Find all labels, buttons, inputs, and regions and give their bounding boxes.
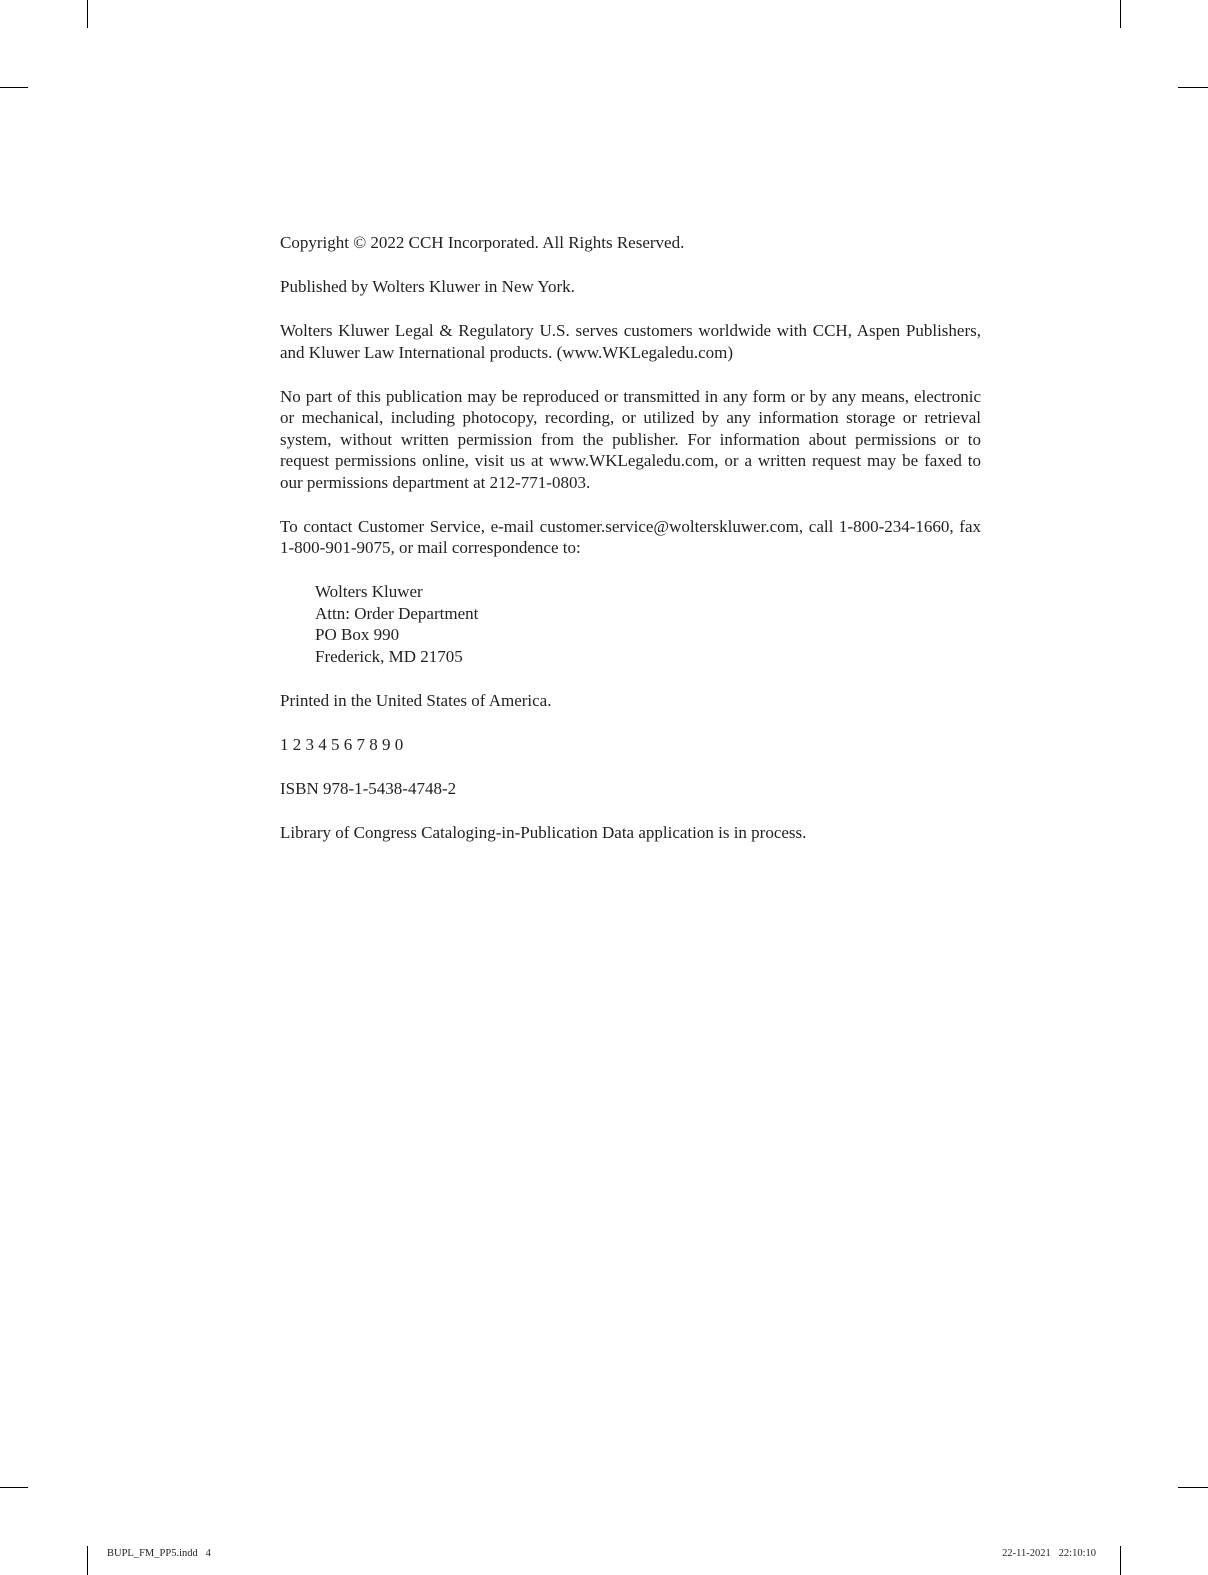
crop-mark-bottom-left-horizontal — [0, 1487, 28, 1488]
crop-mark-top-right-horizontal — [1178, 87, 1208, 88]
rights-statement: No part of this publication may be repro… — [280, 386, 981, 494]
crop-mark-bottom-right-horizontal — [1178, 1487, 1208, 1488]
slug-timestamp: 22-11-2021 22:10:10 — [1002, 1547, 1096, 1561]
copyright-notice: Copyright © 2022 CCH Incorporated. All R… — [280, 232, 981, 254]
address-line-4: Frederick, MD 21705 — [315, 646, 981, 668]
slug-file-name: BUPL_FM_PP5.indd 4 — [107, 1547, 211, 1561]
address-line-1: Wolters Kluwer — [315, 581, 981, 603]
address-line-3: PO Box 990 — [315, 624, 981, 646]
crop-mark-top-left-vertical — [87, 0, 88, 28]
crop-mark-top-right-vertical — [1120, 0, 1121, 28]
publisher-description: Wolters Kluwer Legal & Regulatory U.S. s… — [280, 320, 981, 363]
crop-mark-bottom-left-vertical — [87, 1546, 88, 1575]
crop-mark-top-left-horizontal — [0, 87, 28, 88]
copyright-page-content: Copyright © 2022 CCH Incorporated. All R… — [280, 232, 981, 866]
address-line-2: Attn: Order Department — [315, 603, 981, 625]
customer-service-contact: To contact Customer Service, e-mail cust… — [280, 516, 981, 559]
crop-mark-bottom-right-vertical — [1120, 1546, 1121, 1575]
mailing-address: Wolters Kluwer Attn: Order Department PO… — [315, 581, 981, 667]
printing-line: 1 2 3 4 5 6 7 8 9 0 — [280, 734, 981, 756]
cip-data-notice: Library of Congress Cataloging-in-Public… — [280, 822, 981, 844]
publisher-line: Published by Wolters Kluwer in New York. — [280, 276, 981, 298]
isbn: ISBN 978-1-5438-4748-2 — [280, 778, 981, 800]
printed-in: Printed in the United States of America. — [280, 690, 981, 712]
